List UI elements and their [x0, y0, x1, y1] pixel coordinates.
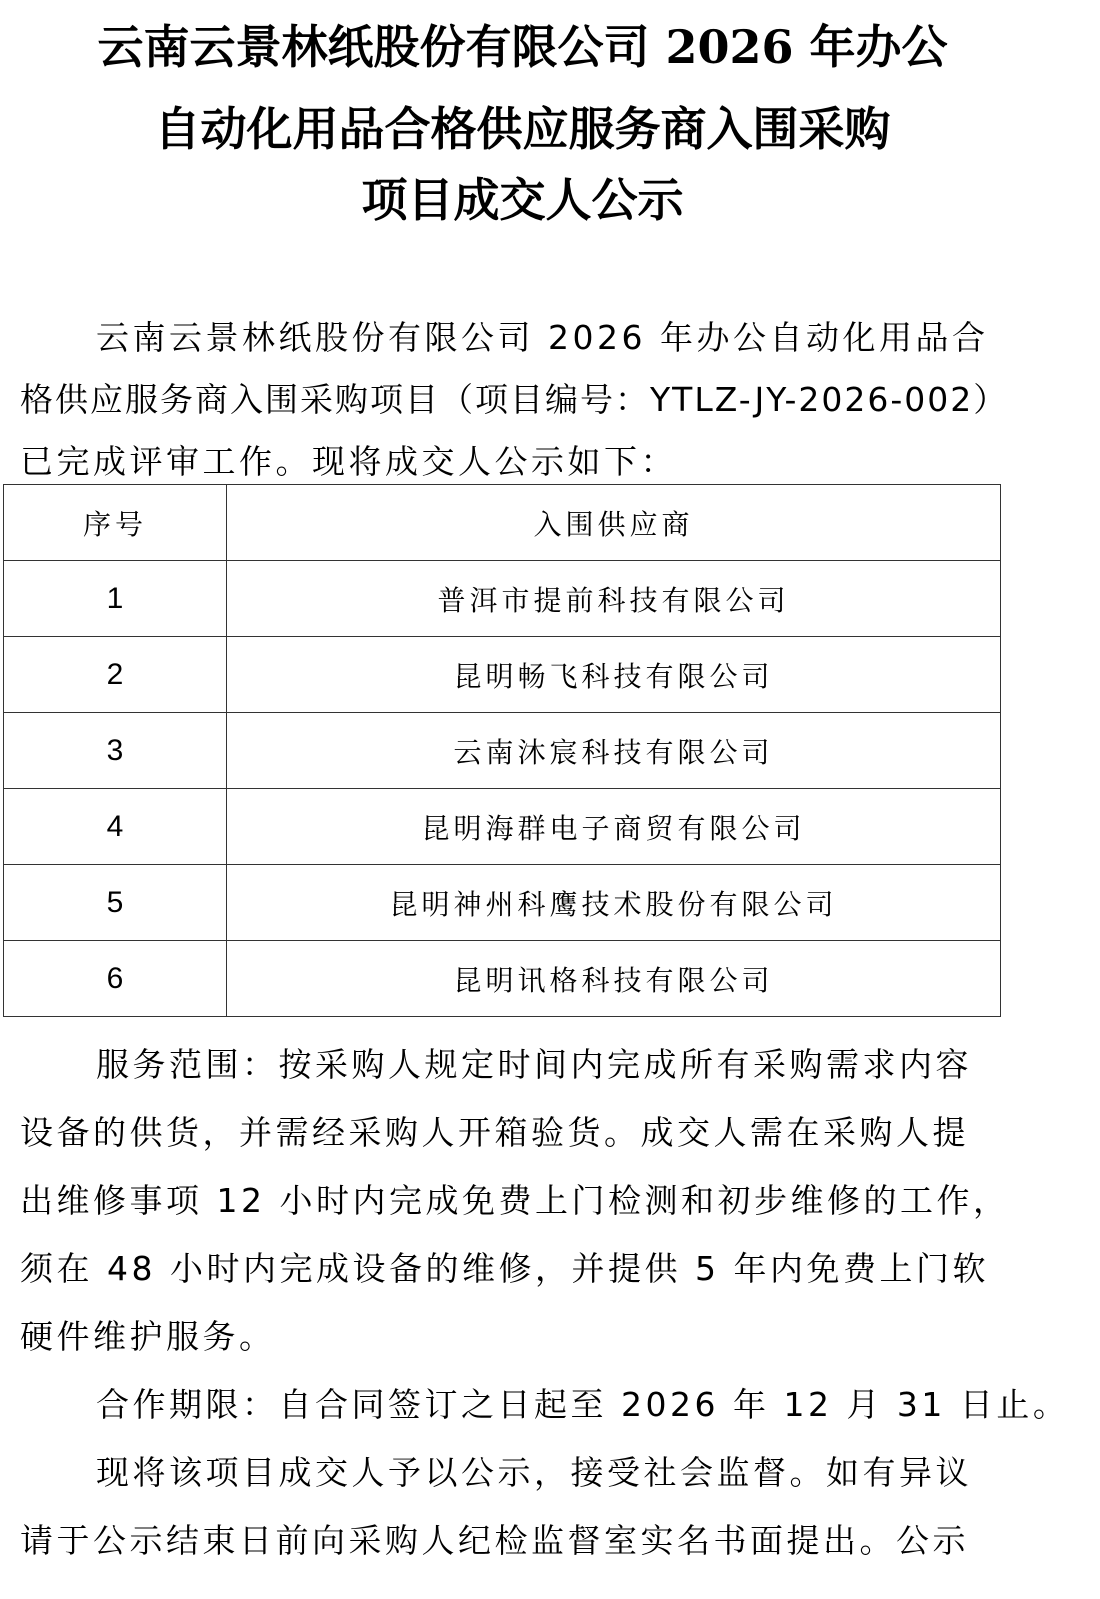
table-row: 3 云南沐宸科技有限公司 — [4, 713, 1001, 789]
row-supplier-name: 云南沐宸科技有限公司 — [227, 713, 1001, 789]
service-scope-line-4: 须在 48 小时内完成设备的维修，并提供 5 年内免费上门软 — [20, 1249, 989, 1289]
row-serial-number: 4 — [4, 789, 227, 865]
row-supplier-name: 普洱市提前科技有限公司 — [227, 561, 1001, 637]
row-serial-number: 6 — [4, 941, 227, 1017]
table-row: 1 普洱市提前科技有限公司 — [4, 561, 1001, 637]
intro-line-1: 云南云景林纸股份有限公司 2026 年办公自动化用品合 — [96, 318, 988, 358]
row-serial-number: 1 — [4, 561, 227, 637]
cooperation-period: 合作期限：自合同签订之日起至 2026 年 12 月 31 日止。 — [96, 1385, 1069, 1425]
service-scope-line-1: 服务范围：按采购人规定时间内完成所有采购需求内容 — [96, 1045, 972, 1085]
header-supplier: 入围供应商 — [227, 485, 1001, 561]
service-scope-line-3: 出维修事项 12 小时内完成免费上门检测和初步维修的工作， — [20, 1181, 1009, 1221]
intro-line-2: 格供应服务商入围采购项目（项目编号：YTLZ-JY-2026-002） — [20, 380, 1008, 420]
supervision-line-2: 请于公示结束日前向采购人纪检监督室实名书面提出。公示 — [20, 1521, 969, 1561]
table-row: 4 昆明海群电子商贸有限公司 — [4, 789, 1001, 865]
header-serial-number: 序号 — [4, 485, 227, 561]
intro-line-3: 已完成评审工作。现将成交人公示如下： — [20, 442, 677, 482]
supervision-line-1: 现将该项目成交人予以公示，接受社会监督。如有异议 — [96, 1453, 972, 1493]
table-row: 5 昆明神州科鹰技术股份有限公司 — [4, 865, 1001, 941]
row-serial-number: 5 — [4, 865, 227, 941]
row-supplier-name: 昆明讯格科技有限公司 — [227, 941, 1001, 1017]
row-supplier-name: 昆明海群电子商贸有限公司 — [227, 789, 1001, 865]
table-row: 2 昆明畅飞科技有限公司 — [4, 637, 1001, 713]
table-row: 6 昆明讯格科技有限公司 — [4, 941, 1001, 1017]
table-header-row: 序号 入围供应商 — [4, 485, 1001, 561]
row-serial-number: 2 — [4, 637, 227, 713]
row-supplier-name: 昆明神州科鹰技术股份有限公司 — [227, 865, 1001, 941]
row-serial-number: 3 — [4, 713, 227, 789]
document-title-line-3: 项目成交人公示 — [0, 175, 1045, 225]
service-scope-line-2: 设备的供货，并需经采购人开箱验货。成交人需在采购人提 — [20, 1113, 969, 1153]
document-title-line-1: 云南云景林纸股份有限公司 2026 年办公 — [0, 22, 1045, 72]
suppliers-table: 序号 入围供应商 1 普洱市提前科技有限公司 2 昆明畅飞科技有限公司 3 云南… — [3, 484, 1001, 1017]
row-supplier-name: 昆明畅飞科技有限公司 — [227, 637, 1001, 713]
service-scope-line-5: 硬件维护服务。 — [20, 1317, 276, 1357]
document-title-line-2: 自动化用品合格供应服务商入围采购 — [0, 104, 1045, 154]
